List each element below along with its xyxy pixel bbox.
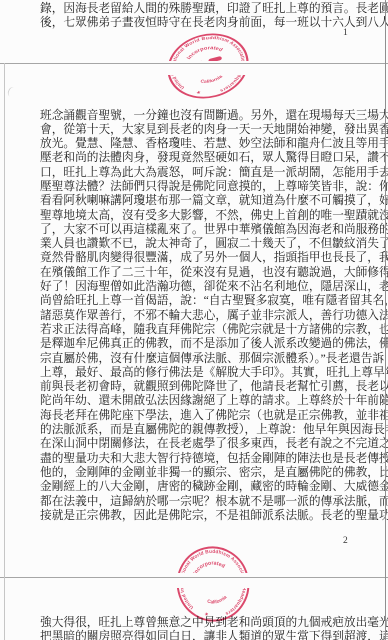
text-line: 接就是正宗佛教，因此是佛陀宗，不是祖師派系法脈。長老的聖量功力 — [40, 509, 380, 523]
text-line: 在殯儀館工作了二三十年，從來沒有見過，也沒有聽說過，大師修得太 — [40, 266, 380, 280]
page-number-1: 1 — [343, 28, 348, 38]
scan-edge-line-left — [4, 63, 5, 640]
page-separator-line — [0, 577, 388, 578]
text-line: 盡的聖量功夫和大悲大智行持德境，包括金剛陣的陣法也是長老傳授給 — [40, 452, 380, 466]
page-gap — [0, 573, 388, 588]
text-line: 的法脈派系，而是直屬佛陀的親傳教授），上尊說：他早年與因海長老 — [40, 423, 380, 437]
seal-california-text: California — [205, 594, 229, 608]
text-line: 班念誦觀音聖號，一分鐘也沒有間斷過。另外，還在現場每天三場大法 — [40, 109, 380, 123]
text-line: 看看阿秋喇嘛講阿瓊堪布那一篇文章，就知道為什麼不可觸摸了，好在 — [40, 194, 380, 208]
svg-text:California: California — [205, 594, 229, 608]
text-line: 竟然骨骼肌肉變得很豐滿，成了另外一個人，指頭指甲也長長了，我們 — [40, 251, 380, 265]
text-line: 諸惡莫作眾善行，不邪不輪大悲心，厲子並非宗派人，善行功德入法門， — [40, 309, 380, 323]
page-separator-line — [0, 63, 388, 64]
text-line: 是釋迦牟尼佛真正的佛教，而不是添加了後人派系改變過的佛法，佛陀 — [40, 337, 380, 351]
text-line: 宗直屬於佛，沒有什麼這個傳承法脈、那個宗派體系）。”長老還告訴 — [40, 352, 380, 366]
text-line: 在深山洞中閉關修法，在長老處學了很多東西，長老有說之不完道之不 — [40, 437, 380, 451]
scan-edge-line-right — [385, 0, 386, 640]
text-line: 口，旺扎上尊為此大為震怒，呵斥說：簡直是一派胡鬧，怎能用手去摸 — [40, 166, 380, 180]
text-line: 會，從第十天，大家見到長老的肉身一天一天地開始神變，發出異香、 — [40, 123, 380, 137]
text-line: 陀尚年幼、還未開啟弘法因緣謝絕了上尊的請求。上尊終於十年前隨因 — [40, 394, 380, 408]
text-line: 錄，因海長老留給人間的殊勝聖蹟，印證了旺扎上尊的預言。長老圓寂 — [40, 2, 380, 17]
text-line: 若求正法得高峰，隨我直拜佛陀宗（佛陀宗就是十方諸佛的宗教，也就 — [40, 323, 380, 337]
svg-text:California: California — [199, 73, 225, 85]
text-line: 業人員也讚歎不已，說太神奇了，圓寂二十幾天了，不但皺紋消失了， — [40, 237, 380, 251]
seal-incorporated-text: Incorporated — [184, 42, 224, 62]
seal-california-text: California — [199, 73, 225, 85]
text-line: 都在法義中，這歸納於哪一宗呢？根本就不是哪一派的傳承法脈，而直 — [40, 495, 380, 509]
page-2-text: 班念誦觀音聖號，一分鐘也沒有間斷過。另外，還在現場每天三場大法會，從第十天，大家… — [40, 109, 380, 524]
text-line: 上尊，最好、最高的修行佛法是《解脫大手印》。其實，旺扎上尊早年 — [40, 366, 380, 380]
text-line: 他的，金剛陣的金剛並非獨一的顯宗、密宗，是直屬佛陀的佛教，比如 — [40, 466, 380, 480]
text-line: 金剛經上的八大金剛，唐密的穢跡金剛，藏密的時輪金剛、大威德金剛 — [40, 480, 380, 494]
scanned-document-view[interactable]: 錄，因海長老留給人間的殊勝聖蹟，印證了旺扎上尊的預言。長老圓寂後，七眾佛弟子晝夜… — [0, 0, 388, 640]
page-number-2: 2 — [343, 536, 348, 546]
text-line: 後，七眾佛弟子晝夜恒時守在長老肉身前面，每一班以十六人到八人換 — [40, 16, 380, 31]
seal-star-icon: ★ — [196, 90, 203, 96]
text-line: 海長老拜在佛陀座下學法，進入了佛陀宗（也就是正宗佛教，並非祖師 — [40, 409, 380, 423]
text-line: 尚曾給旺扎上尊一首偈語，說：“自古聖賢多寂寞，唯有隱者留其名， — [40, 294, 380, 308]
text-line: 強大得很，旺扎上尊曾無意之中見到老和尚頭頂的九個戒疤放出毫光， — [40, 616, 380, 631]
page-1-text: 錄，因海長老留給人間的殊勝聖蹟，印證了旺扎上尊的預言。長老圓寂後，七眾佛弟子晝夜… — [40, 2, 380, 32]
text-line: 把黑暗的關房照亮得如同白日，讓非人類道的眾生當下得到超渡，這是 — [40, 630, 380, 640]
page-3-text: 強大得很，旺扎上尊曾無意之中見到老和尚頭頂的九個戒疤放出毫光，把黑暗的關房照亮得… — [40, 616, 380, 640]
text-line: 前與長老初會時，就觀照到佛陀降世了，他請長老幫忙引薦，長老以佛 — [40, 380, 380, 394]
text-line: 壓老和尚的法體肉身，發現竟然堅硬如石，眾人驚得目瞪口呆，讚不絕 — [40, 151, 380, 165]
text-line: 聖尊地境太高，沒有受多大影響，不然，佛史上首創的唯一聖蹟就沒有 — [40, 209, 380, 223]
text-line: 了，大家不可以再這樣亂來了。世界中華殯儀館為因海老和尚服務的專 — [40, 223, 380, 237]
scan-smudge-artifact — [6, 86, 17, 98]
text-line: 壓聖尊法體？法師們只得說是佛陀同意摸的，上尊啼笑皆非，說：你們 — [40, 180, 380, 194]
svg-text:Incorporated: Incorporated — [184, 42, 224, 62]
text-line: 好了！因海聖僧如此浩瀚功德，卻從來不沾名利地位，隱居深山，老和 — [40, 280, 380, 294]
text-line: 放光。覺慧、隆慧、香格瓊哇、若慧、妙空法師和龍舟仁波且等用手摸 — [40, 137, 380, 151]
